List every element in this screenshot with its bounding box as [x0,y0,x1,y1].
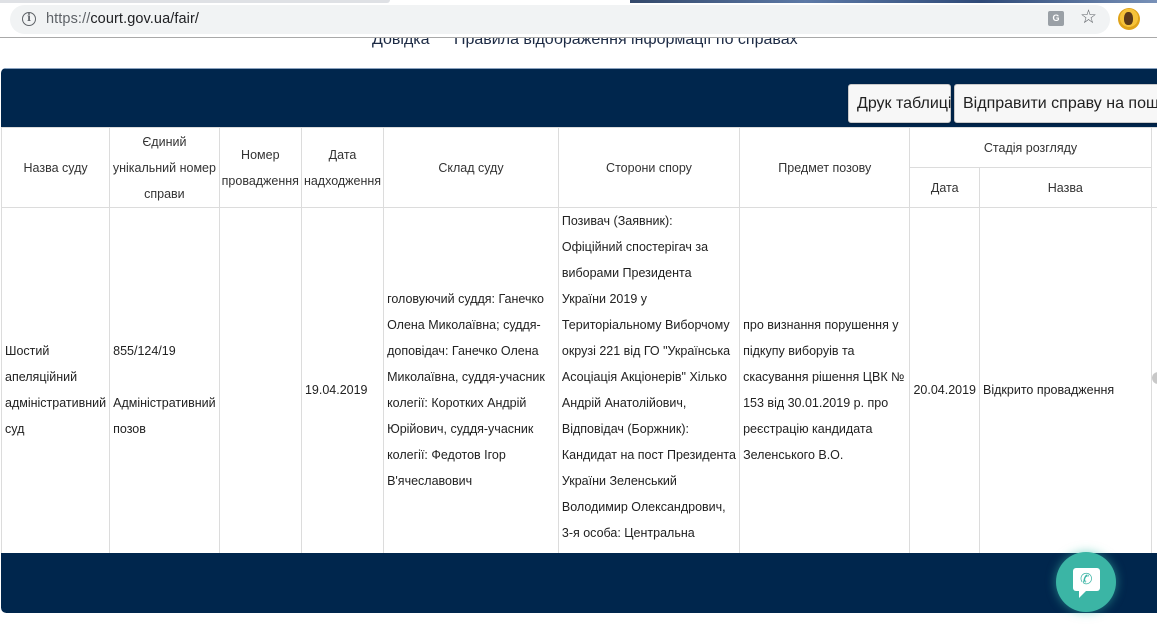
chat-bubble-icon: ✆ [1073,568,1100,591]
cell-court-composition: головуючий суддя: Ганечко Олена Миколаїв… [384,208,559,573]
cell-case-number: 855/124/19 Адміністративний позов [110,208,220,573]
cell-proceeding-number [219,208,301,573]
tab-strip [0,0,390,3]
info-icon[interactable]: i [22,12,36,26]
chat-phone-icon: ✆ [1080,571,1093,588]
case-type: Адміністративний позов [113,396,216,436]
cell-overflow [1151,208,1157,573]
header-parties: Сторони спору [558,128,739,208]
horizontal-scroll-handle[interactable] [1152,372,1157,384]
header-court-composition: Склад суду [384,128,559,208]
header-stage-name: Назва [980,168,1152,208]
url-text[interactable]: https://court.gov.ua/fair/ [46,11,199,27]
cell-received-date: 19.04.2019 [301,208,383,573]
send-case-email-button[interactable]: Відправити справу на пошту [954,84,1157,123]
card-footer [1,553,1157,613]
tab-strip-theme [630,0,1157,3]
spacer [113,364,216,390]
chat-button[interactable]: ✆ [1056,552,1116,612]
star-icon[interactable]: ☆ [1080,7,1097,29]
table-row[interactable]: Шостий апеляційний адміністративний суд … [2,208,1157,573]
header-subject: Предмет позову [740,128,910,208]
cell-stage-name: Відкрито провадження [980,208,1152,573]
table-header-row: Назва суду Єдиний унікальний номер справ… [2,128,1157,168]
cell-court-name: Шостий апеляційний адміністративний суд [2,208,110,573]
header-court-name: Назва суду [2,128,110,208]
cell-parties: Позивач (Заявник): Офіційний спостерігач… [558,208,739,573]
cell-subject: про визнання порушення у підкупу виборуі… [740,208,910,573]
header-stage-date: Дата [910,168,980,208]
case-number: 855/124/19 [113,344,176,358]
header-proceeding-number: Номер провадження [219,128,301,208]
card-header: Друк таблиці Відправити справу на пошту [1,68,1157,127]
url-scheme: https:// [46,11,90,27]
cases-table: Назва суду Єдиний унікальний номер справ… [1,127,1157,573]
avatar[interactable] [1118,8,1140,30]
header-received-date: Дата надходження [301,128,383,208]
browser-toolbar: i https://court.gov.ua/fair/ G ☆ [0,0,1157,38]
url-host-path: court.gov.ua/fair/ [90,11,199,27]
header-overflow [1151,128,1157,208]
header-case-number: Єдиний унікальний номер справи [110,128,220,208]
header-stage: Стадія розгляду [910,128,1151,168]
translate-icon[interactable]: G [1048,11,1064,26]
print-table-button[interactable]: Друк таблиці [848,84,951,123]
case-card: Друк таблиці Відправити справу на пошту … [1,68,1157,613]
cell-stage-date: 20.04.2019 [910,208,980,573]
